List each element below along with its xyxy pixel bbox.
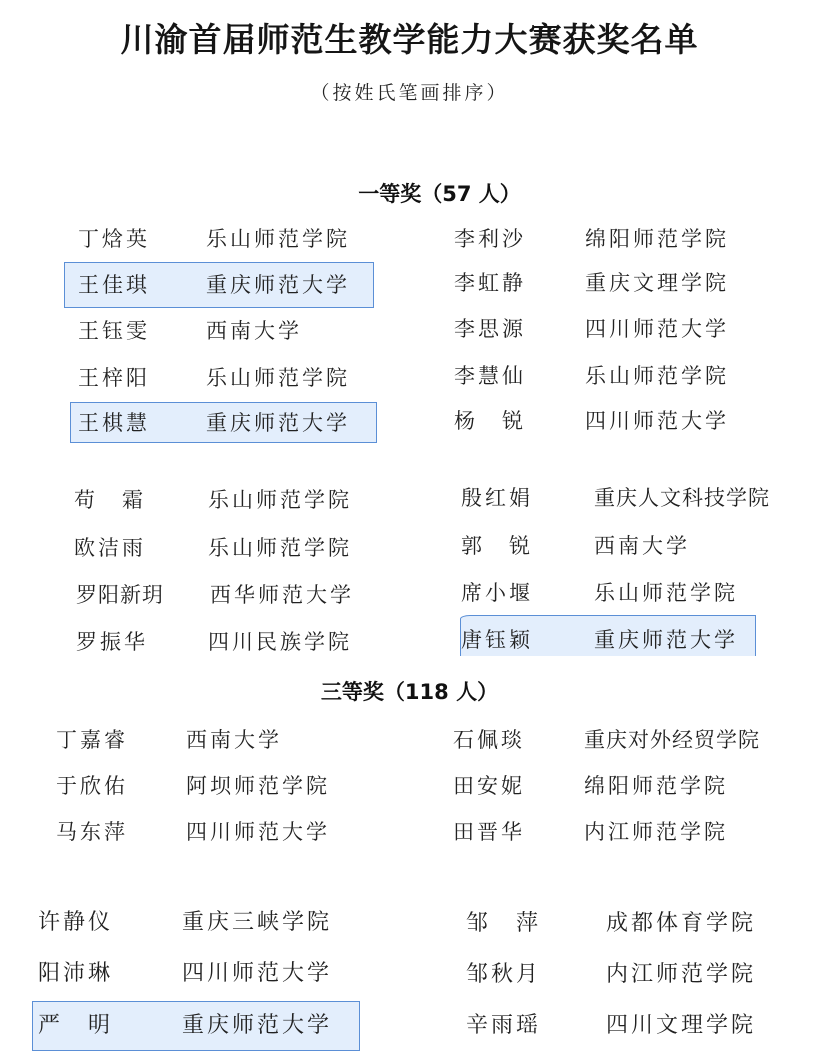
winner-school: 重庆师范大学	[206, 405, 350, 441]
winner-school: 乐山师范学院	[208, 530, 352, 566]
winner-school: 乐山师范学院	[206, 360, 350, 396]
winner-school: 西南大学	[186, 722, 282, 758]
winner-school: 西南大学	[594, 528, 690, 564]
winner-name: 田安妮	[453, 768, 525, 804]
winner-name: 郭 锐	[461, 528, 533, 564]
winner-name: 殷红娟	[461, 480, 533, 516]
winner-school: 乐山师范学院	[206, 221, 350, 257]
winner-name: 杨 锐	[454, 403, 526, 439]
winner-name: 王棋慧	[78, 405, 150, 441]
document-subtitle: （按姓氏笔画排序）	[0, 78, 819, 105]
winner-school: 绵阳师范学院	[584, 768, 728, 804]
section-heading-third-prize: 三等奖（118 人）	[0, 676, 819, 706]
section-heading-first-prize: 一等奖（57 人）	[0, 178, 819, 208]
winner-school: 西南大学	[206, 313, 302, 349]
winner-name: 苟 霜	[74, 482, 146, 518]
winner-school: 重庆三峡学院	[182, 905, 332, 941]
winner-school: 重庆人文科技学院	[594, 480, 770, 516]
winner-school: 乐山师范学院	[208, 482, 352, 518]
winner-school: 四川师范大学	[585, 311, 729, 347]
winner-name: 席小堰	[461, 575, 533, 611]
winner-name: 李慧仙	[454, 358, 526, 394]
winner-school: 重庆师范大学	[182, 1008, 332, 1044]
winner-name: 丁焓英	[78, 221, 150, 257]
winner-name: 马东萍	[56, 814, 128, 850]
winner-name: 王佳琪	[78, 267, 150, 303]
winner-school: 乐山师范学院	[594, 575, 738, 611]
document-title: 川渝首届师范生教学能力大赛获奖名单	[0, 14, 819, 61]
winner-name: 王钰雯	[78, 313, 150, 349]
winner-name: 罗阳新玥	[76, 577, 164, 613]
winner-school: 四川民族学院	[208, 624, 352, 660]
winner-school: 成都体育学院	[606, 906, 756, 942]
winner-school: 阿坝师范学院	[186, 768, 330, 804]
winner-name: 唐钰颖	[461, 622, 533, 658]
winner-name: 王梓阳	[78, 360, 150, 396]
winner-name: 邹秋月	[466, 957, 541, 993]
winner-name: 欧洁雨	[74, 530, 146, 566]
winner-school: 乐山师范学院	[585, 358, 729, 394]
winner-name: 于欣佑	[56, 768, 128, 804]
winner-name: 李利沙	[454, 221, 526, 257]
winner-school: 重庆师范大学	[206, 267, 350, 303]
winner-school: 西华师范大学	[210, 577, 354, 613]
winner-name: 罗振华	[76, 624, 148, 660]
winner-name: 李虹静	[454, 265, 526, 301]
winner-school: 四川师范大学	[182, 956, 332, 992]
winner-name: 许静仪	[38, 905, 113, 941]
winner-school: 重庆对外经贸学院	[584, 722, 760, 758]
winner-school: 重庆师范大学	[594, 622, 738, 658]
winner-name: 邹 萍	[466, 906, 541, 942]
winner-school: 四川师范大学	[585, 403, 729, 439]
winner-name: 阳沛琳	[38, 956, 113, 992]
winner-name: 石佩琰	[453, 722, 525, 758]
winner-name: 李思源	[454, 311, 526, 347]
winner-school: 内江师范学院	[606, 957, 756, 993]
winner-school: 四川文理学院	[606, 1008, 756, 1044]
winner-name: 丁嘉睿	[56, 722, 128, 758]
winner-school: 内江师范学院	[584, 814, 728, 850]
winner-school: 重庆文理学院	[585, 265, 729, 301]
winner-school: 绵阳师范学院	[585, 221, 729, 257]
winner-name: 辛雨瑶	[466, 1008, 541, 1044]
winner-name: 田晋华	[453, 814, 525, 850]
winner-name: 严 明	[38, 1008, 113, 1044]
winner-school: 四川师范大学	[186, 814, 330, 850]
